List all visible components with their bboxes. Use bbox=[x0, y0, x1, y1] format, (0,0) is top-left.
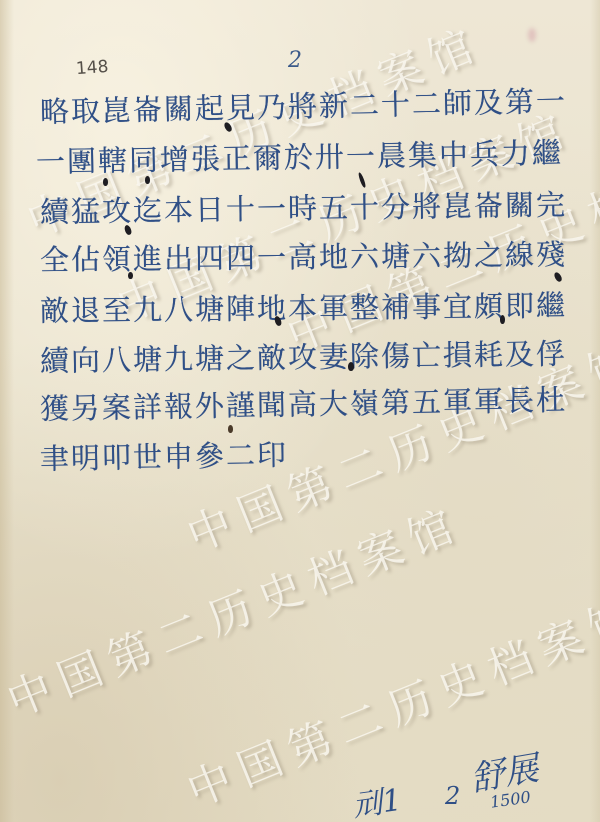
paper-edge-left bbox=[0, 0, 14, 822]
ink-blot bbox=[500, 315, 505, 324]
text-line-8: 聿明叩世申參二印 bbox=[40, 441, 288, 474]
ink-blot bbox=[348, 362, 354, 371]
text-line-6: 續向八塘九塘之敵攻妻除傷亡損耗及俘 bbox=[40, 340, 567, 376]
signature-mark: 刓1 bbox=[349, 775, 404, 822]
text-line-3: 續猛攻迄本日十一時五十分將崑崙關完 bbox=[40, 191, 567, 227]
pink-stain bbox=[528, 28, 536, 42]
text-line-4: 全佔領進出四四一高地六塘六拗之線殘 bbox=[40, 240, 567, 275]
page-number: 2 bbox=[288, 48, 302, 73]
pencil-folio-number: 148 bbox=[75, 57, 109, 79]
ink-blot bbox=[128, 272, 133, 279]
ink-blot bbox=[228, 425, 233, 433]
text-line-5: 敵退至九八塘陣地本軍整補事宜頗即繼 bbox=[40, 291, 567, 326]
paper-edge-right bbox=[590, 0, 600, 822]
ink-blot bbox=[103, 178, 108, 186]
signature-number: 2 bbox=[445, 782, 460, 810]
ink-blot bbox=[145, 176, 150, 184]
